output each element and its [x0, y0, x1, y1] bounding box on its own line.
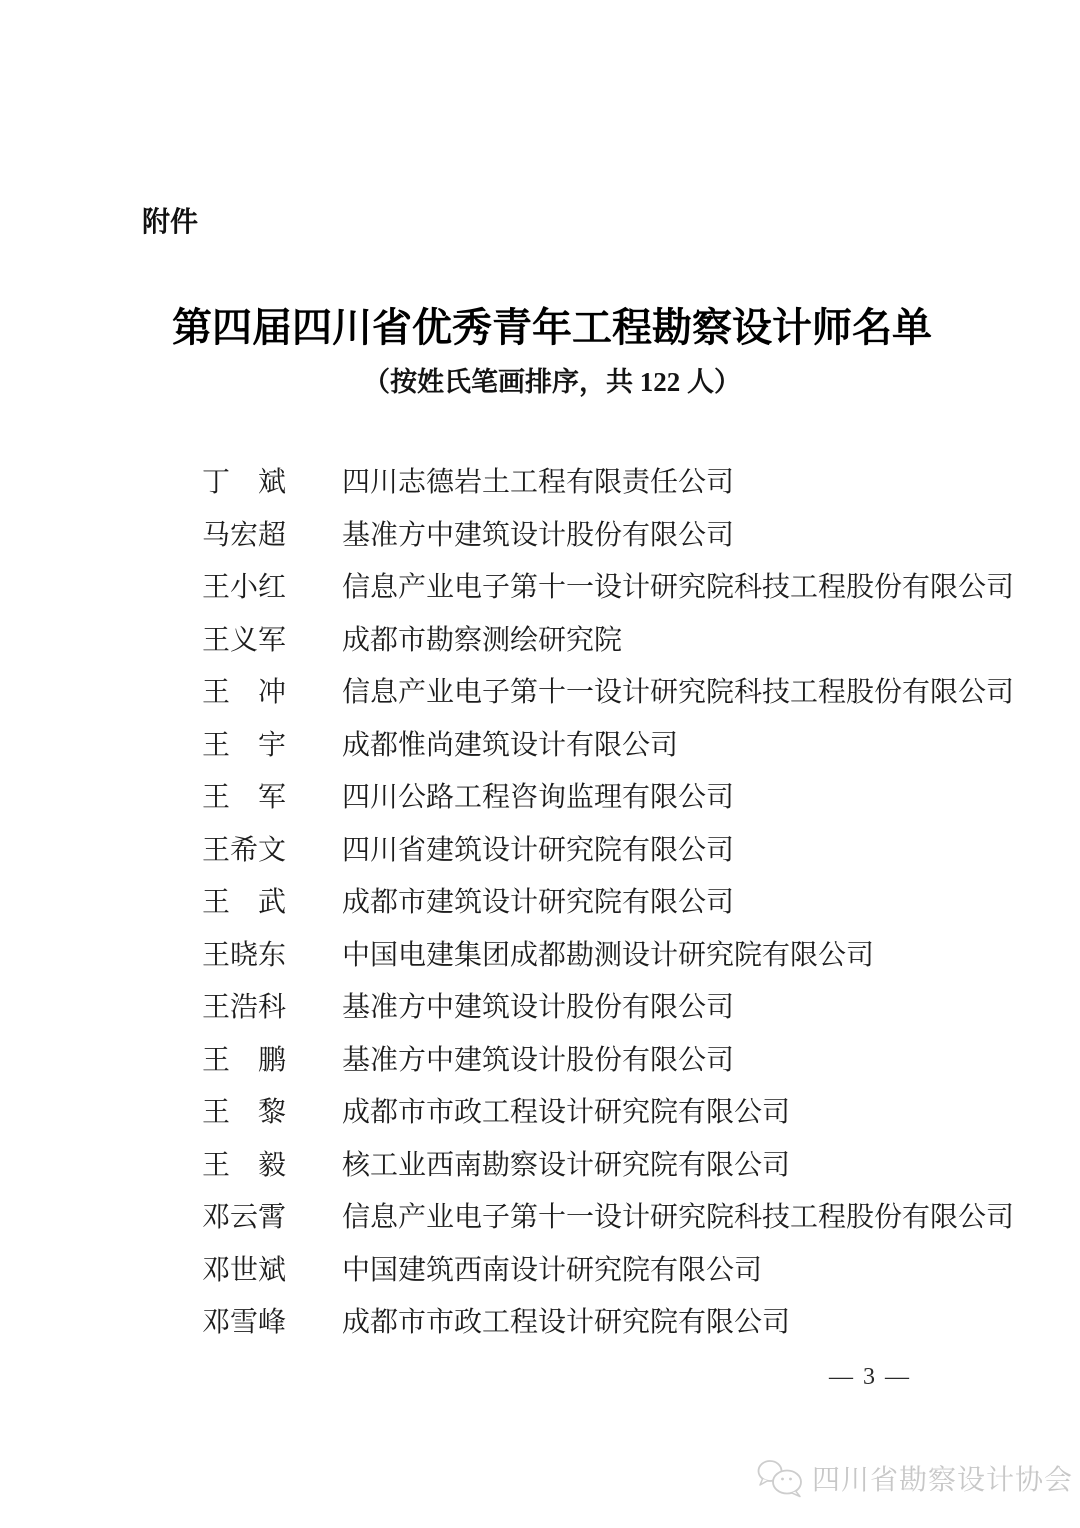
laureate-name: 王晓东 [202, 933, 342, 973]
laureate-name: 王 军 [202, 775, 342, 815]
table-row: 王 武 成都市建筑设计研究院有限公司 [202, 874, 1022, 927]
page-subtitle: （按姓氏笔画排序，共 122 人） [12, 360, 1080, 399]
table-row: 邓世斌 中国建筑西南设计研究院有限公司 [202, 1242, 1022, 1295]
laureate-company: 成都市市政工程设计研究院有限公司 [342, 1300, 1022, 1340]
laureate-company: 成都惟尚建筑设计有限公司 [342, 723, 1022, 763]
laureate-company: 中国建筑西南设计研究院有限公司 [342, 1248, 1022, 1288]
laureate-company: 成都市市政工程设计研究院有限公司 [342, 1090, 1022, 1130]
laureate-name: 邓雪峰 [202, 1300, 342, 1340]
laureate-company: 信息产业电子第十一设计研究院科技工程股份有限公司 [342, 565, 1022, 605]
laureate-name: 王 武 [202, 880, 342, 920]
laureate-list: 丁 斌 四川志德岩土工程有限责任公司 马宏超 基准方中建筑设计股份有限公司 王小… [202, 454, 1022, 1347]
association-name: 四川省勘察设计协会 [812, 1458, 1073, 1498]
page-title: 第四届四川省优秀青年工程勘察设计师名单 [12, 296, 1080, 353]
table-row: 王浩科 基准方中建筑设计股份有限公司 [202, 979, 1022, 1032]
table-row: 王 军 四川公路工程咨询监理有限公司 [202, 769, 1022, 822]
laureate-company: 成都市勘察测绘研究院 [342, 618, 1022, 658]
laureate-company: 中国电建集团成都勘测设计研究院有限公司 [342, 933, 1022, 973]
laureate-name: 王 宇 [202, 723, 342, 763]
laureate-name: 王浩科 [202, 985, 342, 1025]
table-row: 王 冲 信息产业电子第十一设计研究院科技工程股份有限公司 [202, 664, 1022, 717]
laureate-company: 基准方中建筑设计股份有限公司 [342, 985, 1022, 1025]
table-row: 邓雪峰 成都市市政工程设计研究院有限公司 [202, 1294, 1022, 1347]
association-watermark: 四川省勘察设计协会 [756, 1458, 1073, 1498]
laureate-company: 四川志德岩土工程有限责任公司 [342, 460, 1022, 500]
table-row: 王小红 信息产业电子第十一设计研究院科技工程股份有限公司 [202, 559, 1022, 612]
laureate-company: 核工业西南勘察设计研究院有限公司 [342, 1143, 1022, 1183]
laureate-name: 王希文 [202, 828, 342, 868]
laureate-name: 王小红 [202, 565, 342, 605]
table-row: 王义军 成都市勘察测绘研究院 [202, 612, 1022, 665]
laureate-company: 四川公路工程咨询监理有限公司 [342, 775, 1022, 815]
document-page: { "attachment_label": "附件", "title": "第四… [0, 0, 1080, 1528]
table-row: 王希文 四川省建筑设计研究院有限公司 [202, 822, 1022, 875]
table-row: 马宏超 基准方中建筑设计股份有限公司 [202, 507, 1022, 560]
laureate-name: 马宏超 [202, 513, 342, 553]
laureate-company: 成都市建筑设计研究院有限公司 [342, 880, 1022, 920]
laureate-name: 王 鹏 [202, 1038, 342, 1078]
laureate-name: 王 毅 [202, 1143, 342, 1183]
table-row: 王晓东 中国电建集团成都勘测设计研究院有限公司 [202, 927, 1022, 980]
laureate-name: 丁 斌 [202, 460, 342, 500]
attachment-label: 附件 [142, 200, 198, 240]
table-row: 王 毅 核工业西南勘察设计研究院有限公司 [202, 1137, 1022, 1190]
laureate-name: 邓云霄 [202, 1195, 342, 1235]
table-row: 王 黎 成都市市政工程设计研究院有限公司 [202, 1084, 1022, 1137]
laureate-name: 邓世斌 [202, 1248, 342, 1288]
table-row: 王 宇 成都惟尚建筑设计有限公司 [202, 717, 1022, 770]
table-row: 邓云霄 信息产业电子第十一设计研究院科技工程股份有限公司 [202, 1189, 1022, 1242]
laureate-company: 信息产业电子第十一设计研究院科技工程股份有限公司 [342, 1195, 1022, 1235]
laureate-company: 信息产业电子第十一设计研究院科技工程股份有限公司 [342, 670, 1022, 710]
table-row: 丁 斌 四川志德岩土工程有限责任公司 [202, 454, 1022, 507]
laureate-company: 四川省建筑设计研究院有限公司 [342, 828, 1022, 868]
laureate-company: 基准方中建筑设计股份有限公司 [342, 513, 1022, 553]
chat-bubbles-logo-icon [756, 1458, 804, 1498]
table-row: 王 鹏 基准方中建筑设计股份有限公司 [202, 1032, 1022, 1085]
laureate-name: 王 黎 [202, 1090, 342, 1130]
laureate-company: 基准方中建筑设计股份有限公司 [342, 1038, 1022, 1078]
page-number: — 3 — [770, 1364, 970, 1391]
laureate-name: 王 冲 [202, 670, 342, 710]
laureate-name: 王义军 [202, 618, 342, 658]
